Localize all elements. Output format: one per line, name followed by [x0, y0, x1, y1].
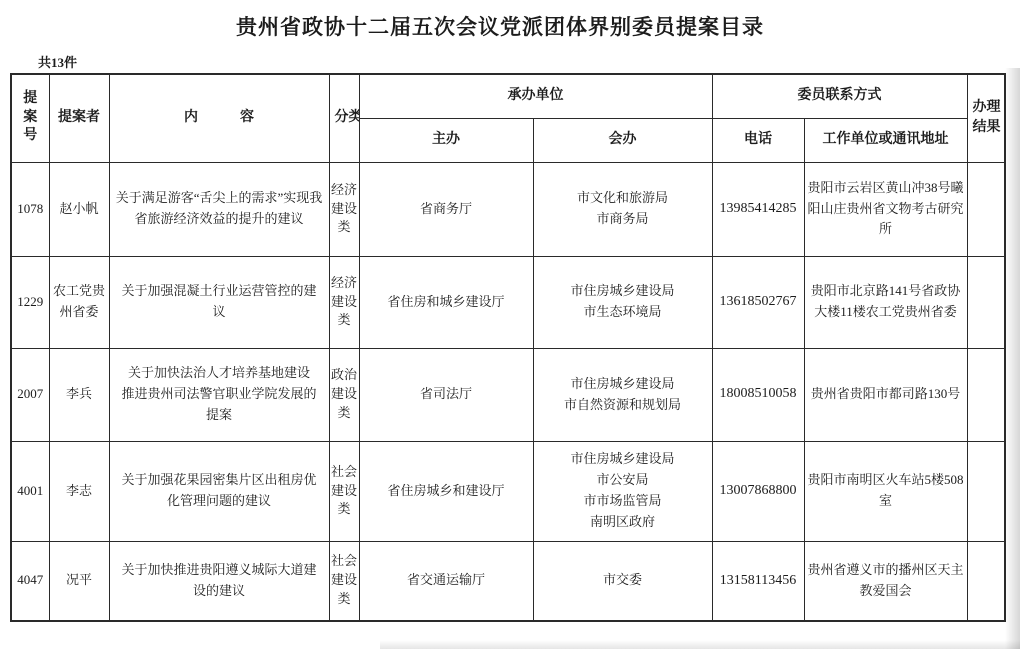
col-header-proposer: 提案者	[49, 74, 109, 162]
cell-proposer: 况平	[49, 541, 109, 621]
cell-proposal-no: 2007	[11, 348, 49, 441]
proposal-table: 提案号 提案者 内 容 分类 承办单位 委员联系方式 办理结果 主办 会办 电话…	[10, 73, 1006, 622]
cell-result	[967, 256, 1005, 348]
cell-content: 关于加快推进贵阳遵义城际大道建设的建议	[109, 541, 329, 621]
col-header-phone: 电话	[712, 118, 804, 162]
table-row: 1229 农工党贵州省委 关于加强混凝土行业运营管控的建议 经济建设类 省住房和…	[11, 256, 1005, 348]
scan-shadow-bottom	[380, 640, 1020, 649]
col-header-address: 工作单位或通讯地址	[804, 118, 967, 162]
cell-content: 关于加强花果园密集片区出租房优化管理问题的建议	[109, 441, 329, 541]
cell-result	[967, 162, 1005, 256]
col-header-result-label: 办理结果	[971, 98, 1003, 139]
cell-category: 经济建设类	[329, 162, 359, 256]
col-header-category: 分类	[329, 74, 359, 162]
col-header-result: 办理结果	[967, 74, 1005, 162]
cell-proposer: 李志	[49, 441, 109, 541]
cell-content: 关于满足游客“舌尖上的需求”实现我省旅游经济效益的提升的建议	[109, 162, 329, 256]
cell-main-handler: 省司法厅	[359, 348, 533, 441]
cell-result	[967, 541, 1005, 621]
cell-proposal-no: 1229	[11, 256, 49, 348]
cell-category: 政治建设类	[329, 348, 359, 441]
table-row: 1078 赵小帆 关于满足游客“舌尖上的需求”实现我省旅游经济效益的提升的建议 …	[11, 162, 1005, 256]
cell-address: 贵州省遵义市的播州区天主教爱国会	[804, 541, 967, 621]
cell-address: 贵阳市南明区火车站5楼508室	[804, 441, 967, 541]
cell-category: 经济建设类	[329, 256, 359, 348]
cell-proposal-no: 4047	[11, 541, 49, 621]
col-header-proposal-no: 提案号	[11, 74, 49, 162]
cell-phone: 13158113456	[712, 541, 804, 621]
header-row-top: 提案号 提案者 内 容 分类 承办单位 委员联系方式 办理结果	[11, 74, 1005, 118]
cell-address: 贵阳市北京路141号省政协大楼11楼农工党贵州省委	[804, 256, 967, 348]
col-header-content: 内 容	[109, 74, 329, 162]
cell-co-handler: 市住房城乡建设局 市自然资源和规划局	[533, 348, 712, 441]
cell-category: 社会建设类	[329, 441, 359, 541]
cell-proposer: 赵小帆	[49, 162, 109, 256]
cell-phone: 13618502767	[712, 256, 804, 348]
col-header-main-handler: 主办	[359, 118, 533, 162]
cell-address: 贵阳市云岩区黄山冲38号曦阳山庄贵州省文物考古研究所	[804, 162, 967, 256]
total-count-label: 共13件	[38, 52, 77, 71]
cell-phone: 13007868800	[712, 441, 804, 541]
cell-main-handler: 省交通运输厅	[359, 541, 533, 621]
cell-proposer: 李兵	[49, 348, 109, 441]
cell-co-handler: 市文化和旅游局 市商务局	[533, 162, 712, 256]
cell-content: 关于加强混凝土行业运营管控的建议	[109, 256, 329, 348]
col-header-contact: 委员联系方式	[712, 74, 967, 118]
scan-shadow-right	[1005, 68, 1020, 649]
col-header-proposal-no-label: 提案号	[22, 90, 39, 147]
table-row: 4001 李志 关于加强花果园密集片区出租房优化管理问题的建议 社会建设类 省住…	[11, 441, 1005, 541]
col-header-co-handler: 会办	[533, 118, 712, 162]
page-title: 贵州省政协十二届五次会议党派团体界别委员提案目录	[0, 11, 1000, 41]
cell-main-handler: 省住房城乡和建设厅	[359, 441, 533, 541]
cell-co-handler: 市住房城乡建设局 市公安局 市市场监管局 南明区政府	[533, 441, 712, 541]
col-header-category-label: 分类	[333, 108, 360, 128]
cell-main-handler: 省住房和城乡建设厅	[359, 256, 533, 348]
cell-proposer: 农工党贵州省委	[49, 256, 109, 348]
col-header-handling-unit: 承办单位	[359, 74, 712, 118]
cell-proposal-no: 1078	[11, 162, 49, 256]
cell-co-handler: 市交委	[533, 541, 712, 621]
cell-result	[967, 348, 1005, 441]
table-row: 2007 李兵 关于加快法治人才培养基地建设 推进贵州司法警官职业学院发展的提案…	[11, 348, 1005, 441]
cell-content: 关于加快法治人才培养基地建设 推进贵州司法警官职业学院发展的提案	[109, 348, 329, 441]
cell-co-handler: 市住房城乡建设局 市生态环境局	[533, 256, 712, 348]
cell-main-handler: 省商务厅	[359, 162, 533, 256]
cell-result	[967, 441, 1005, 541]
cell-phone: 18008510058	[712, 348, 804, 441]
cell-proposal-no: 4001	[11, 441, 49, 541]
cell-phone: 13985414285	[712, 162, 804, 256]
cell-address: 贵州省贵阳市都司路130号	[804, 348, 967, 441]
document-page: 贵州省政协十二届五次会议党派团体界别委员提案目录 共13件 提案号 提案者 内 …	[0, 0, 1020, 649]
table-row: 4047 况平 关于加快推进贵阳遵义城际大道建设的建议 社会建设类 省交通运输厅…	[11, 541, 1005, 621]
cell-category: 社会建设类	[329, 541, 359, 621]
